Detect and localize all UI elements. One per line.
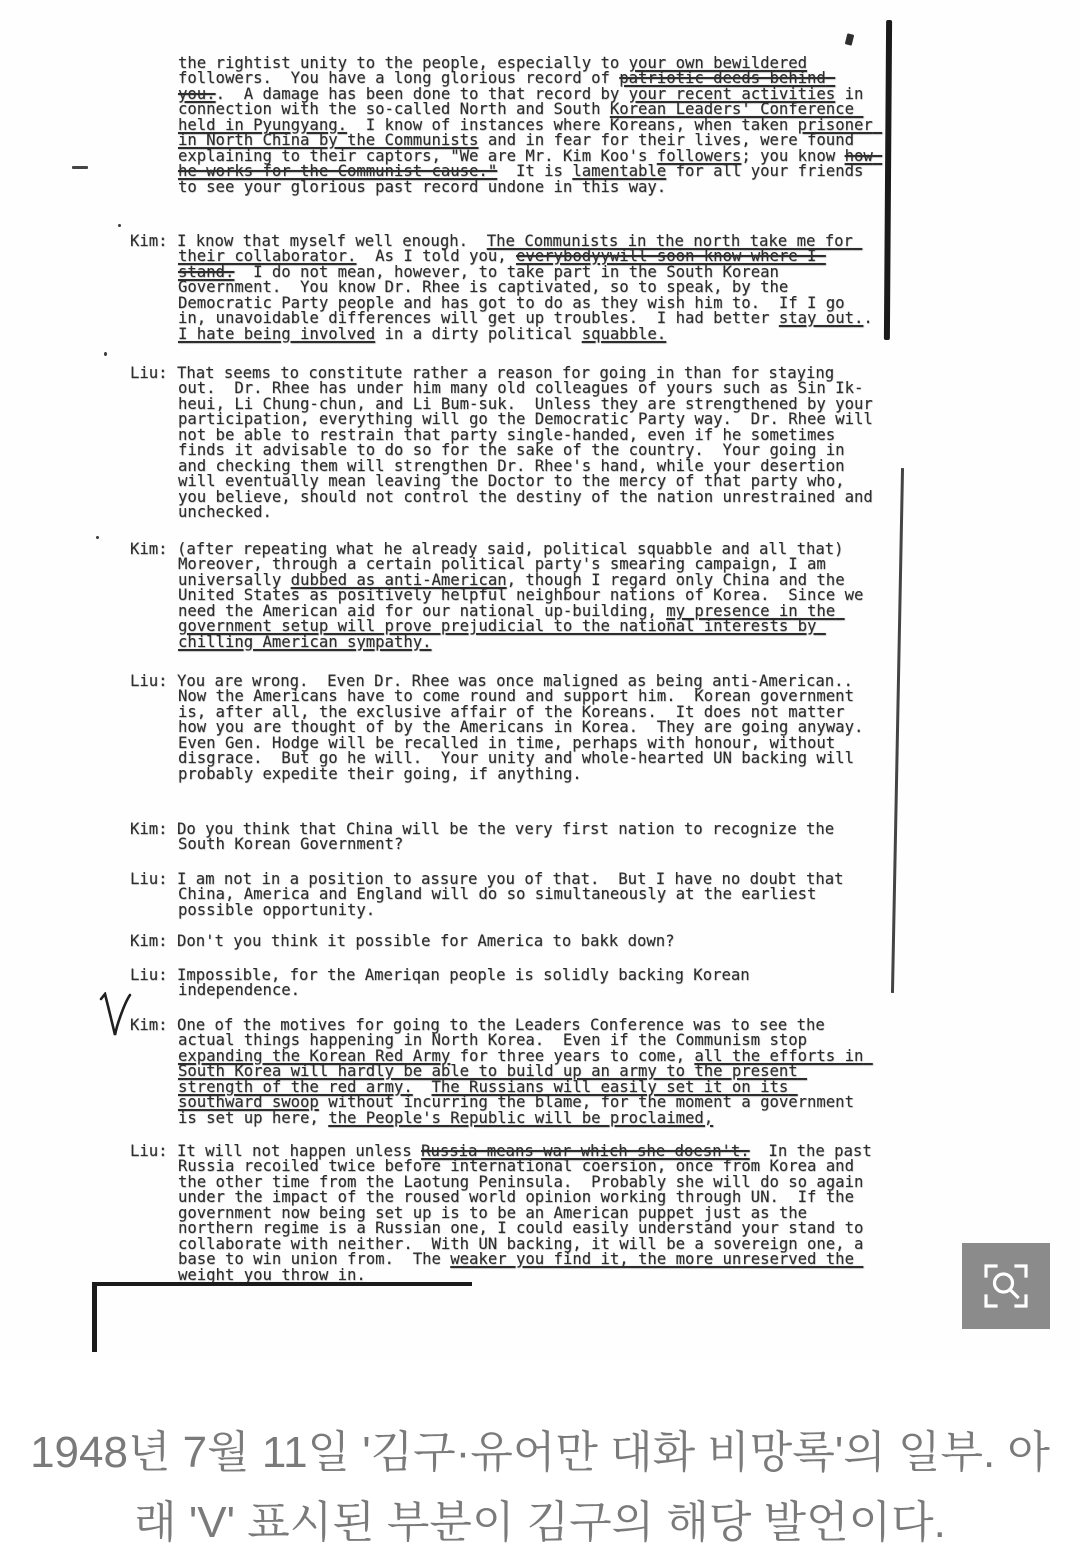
scan-artifact <box>96 536 99 539</box>
scan-corner-line <box>92 1282 97 1352</box>
doc-paragraph-kim-2: Kim: (after repeating what he already sa… <box>130 542 878 651</box>
speaker-label: Liu: <box>130 1142 177 1160</box>
speaker-label: Kim: <box>130 932 177 950</box>
doc-paragraph-kim-3: Kim: Do you think that China will be the… <box>130 822 878 853</box>
speaker-label: Liu: <box>130 966 177 984</box>
speaker-label: Kim: <box>130 540 177 558</box>
doc-paragraph-liu-1: Liu: That seems to constitute rather a r… <box>130 366 878 521</box>
scan-artifact <box>845 33 854 45</box>
document-scan-image[interactable]: the rightist unity to the people, especi… <box>0 0 1080 1360</box>
speaker-label: Kim: <box>130 232 177 250</box>
scan-artifact <box>118 224 121 227</box>
scan-artifact <box>104 352 107 356</box>
scan-artifact <box>72 166 88 169</box>
doc-paragraph-liu-2: Liu: You are wrong. Even Dr. Rhee was on… <box>130 674 878 783</box>
doc-paragraph-kim-5-vmarked: Kim: One of the motives for going to the… <box>130 1018 878 1127</box>
scan-corner-line <box>92 1282 472 1286</box>
speaker-label: Liu: <box>130 672 177 690</box>
caption-line-1: 1948년 7월 11일 '김구·유어만 대화 비망록'의 일부. 아 <box>0 1418 1080 1488</box>
doc-paragraph-intro: the rightist unity to the people, especi… <box>130 56 878 196</box>
image-zoom-button[interactable] <box>962 1243 1050 1329</box>
caption-line-2: 래 'V' 표시된 부분이 김구의 해당 발언이다. <box>0 1488 1080 1557</box>
v-checkmark <box>98 992 134 1040</box>
speaker-label: Liu: <box>130 870 177 888</box>
scan-border-line <box>891 468 904 993</box>
speaker-label: Kim: <box>130 820 177 838</box>
doc-paragraph-liu-5: Liu: It will not happen unless Russia me… <box>130 1144 878 1284</box>
doc-paragraph-liu-4: Liu: Impossible, for the Ameriqan people… <box>130 968 878 999</box>
doc-paragraph-kim-4: Kim: Don't you think it possible for Ame… <box>130 934 878 950</box>
magnifier-frame-icon <box>981 1261 1031 1311</box>
doc-paragraph-liu-3: Liu: I am not in a position to assure yo… <box>130 872 878 919</box>
speaker-label: Liu: <box>130 364 177 382</box>
speaker-label: Kim: <box>130 1016 177 1034</box>
doc-paragraph-kim-1: Kim: I know that myself well enough. The… <box>130 234 878 343</box>
scan-border-line <box>884 20 892 340</box>
image-caption: 1948년 7월 11일 '김구·유어만 대화 비망록'의 일부. 아 래 'V… <box>0 1418 1080 1557</box>
